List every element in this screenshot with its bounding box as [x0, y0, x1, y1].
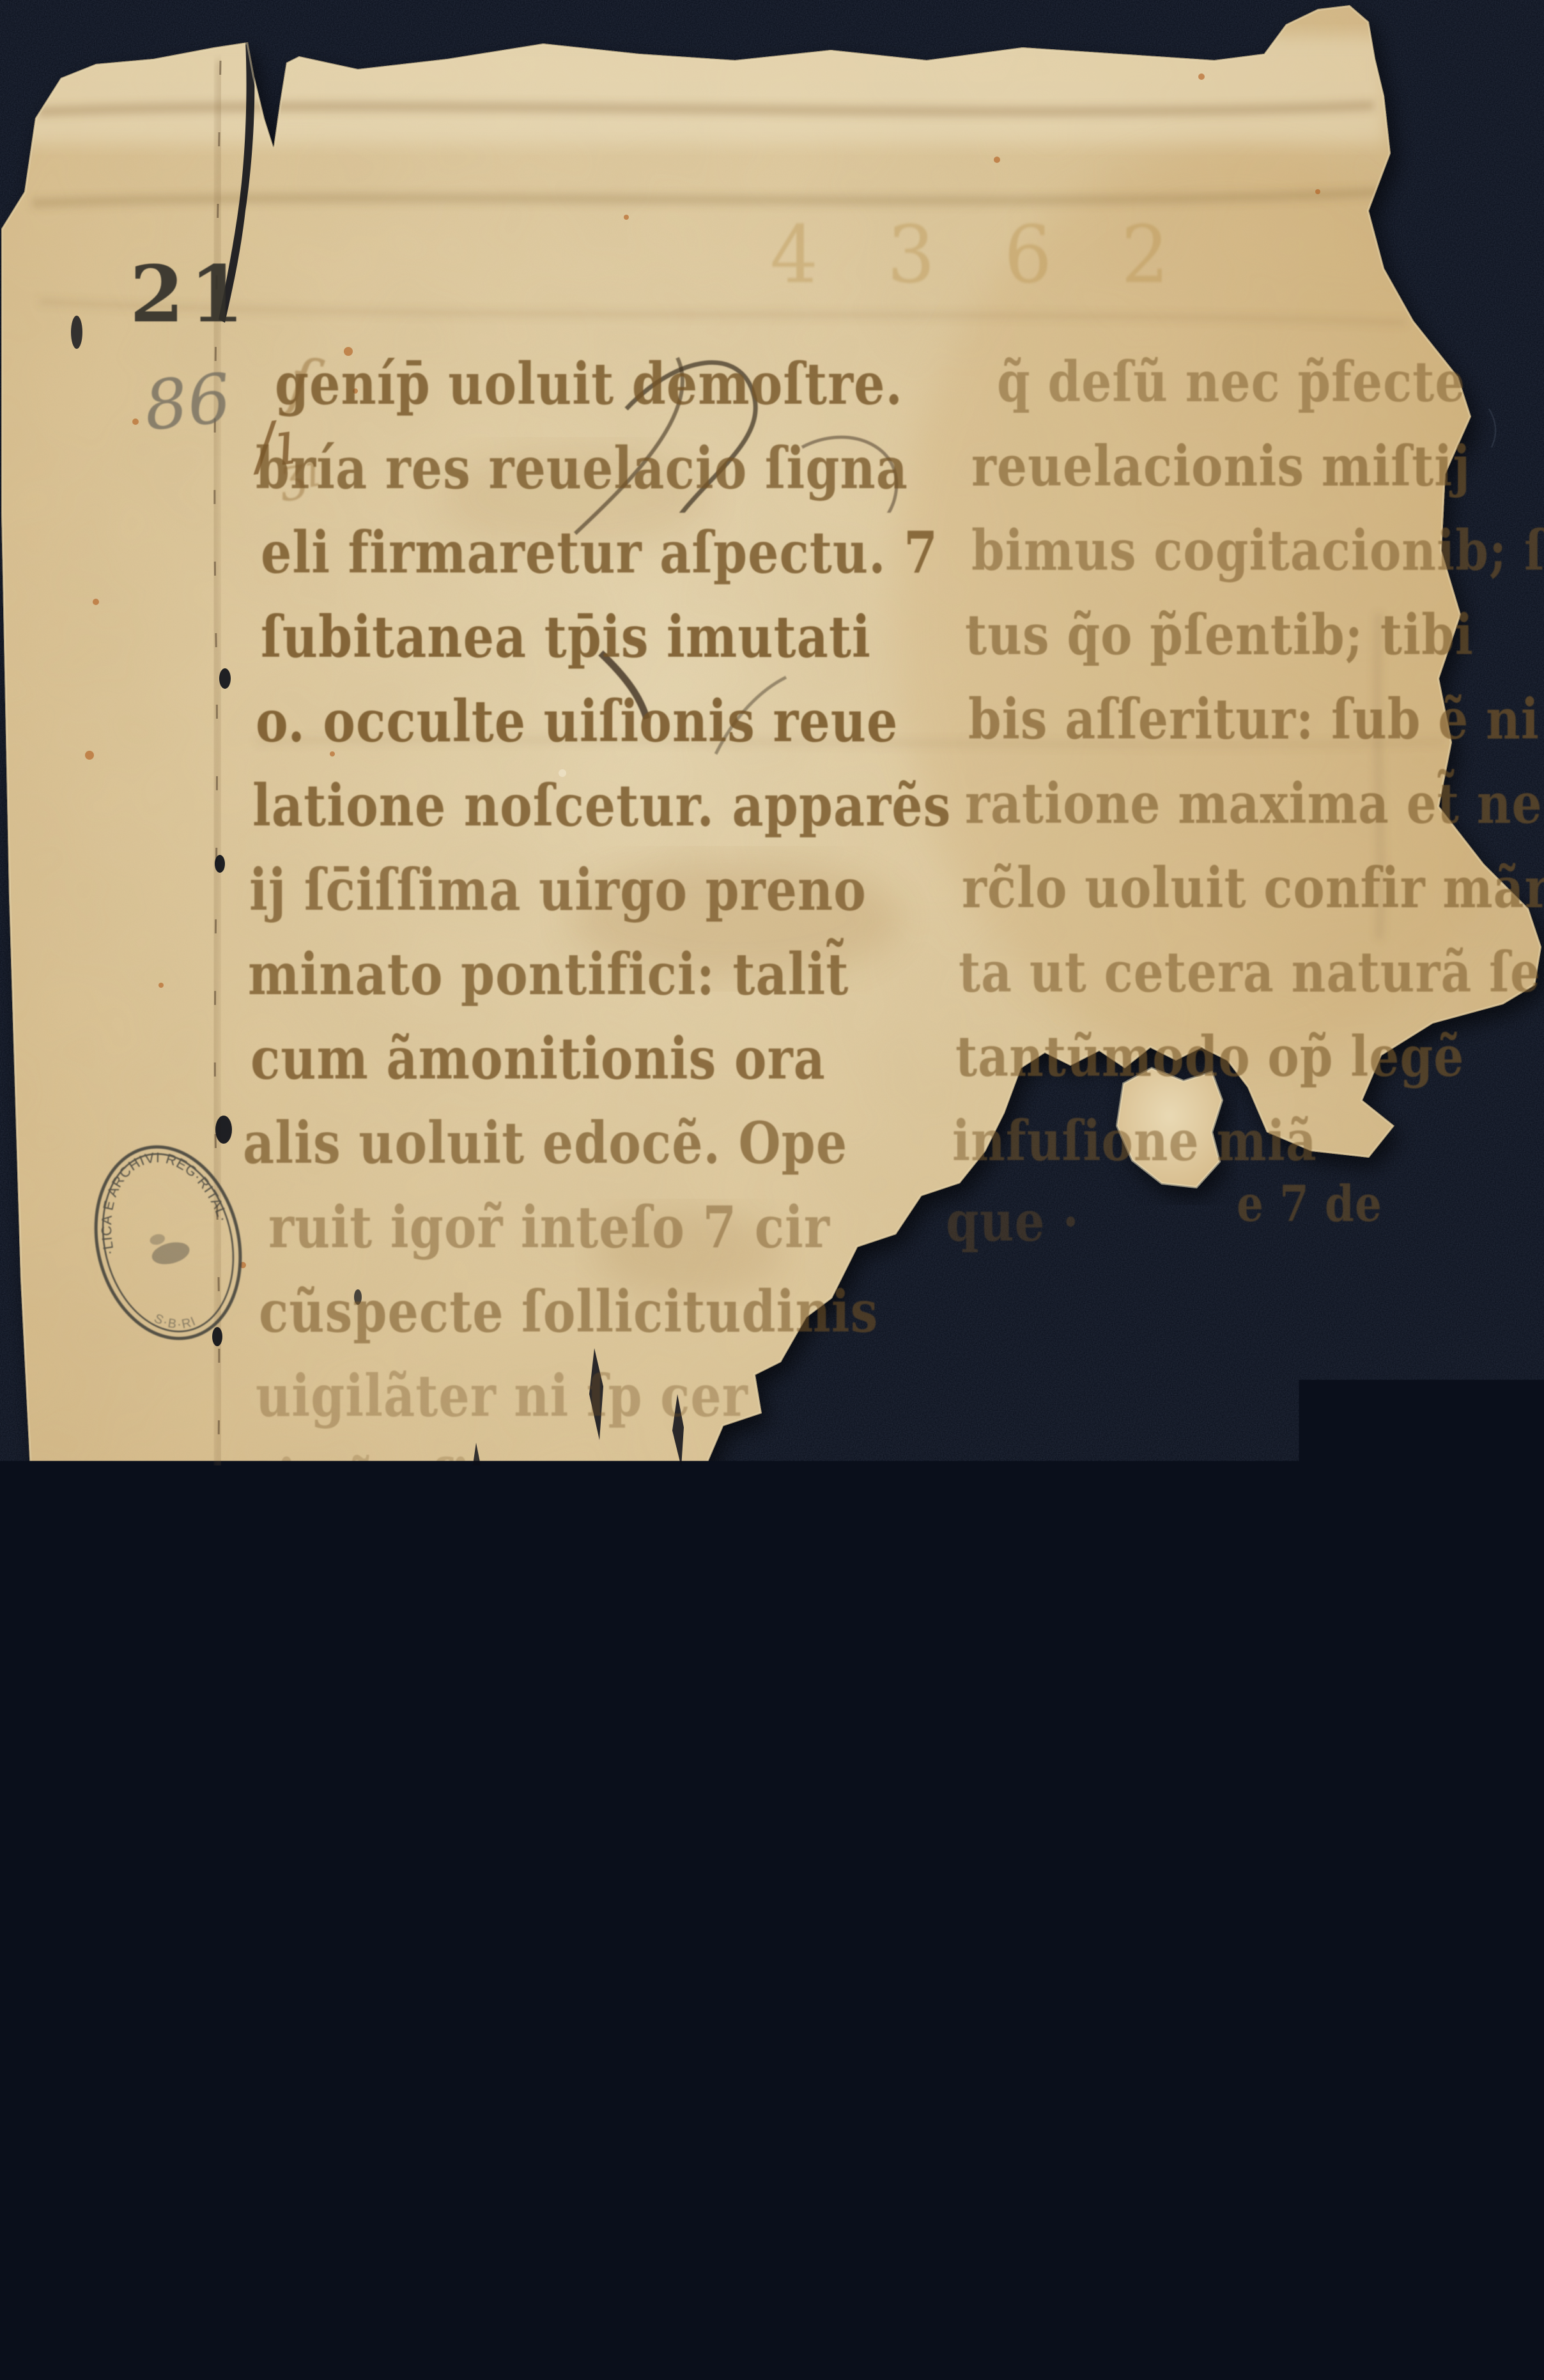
manuscript-line-col2-11: que ·	[946, 1190, 1079, 1254]
pencil-number: 86	[141, 358, 235, 445]
manuscript-line-col1-15: cõmodis · · il.	[249, 1531, 622, 1598]
manuscript-line-col1-13: uigilãter ni ſp cer	[256, 1362, 748, 1429]
manuscript-line-col2-4: tus q̃o p̃ſentib; tibi	[965, 603, 1474, 668]
manuscript-line-col1-23: nc ·	[256, 2206, 357, 2273]
manuscript-line-col1-21: placuit	[281, 2037, 475, 2104]
manuscript-line-col2-10: infuſione miã	[952, 1109, 1317, 1174]
manuscript-line-col1-18: cius cura mei ẽ	[231, 1784, 656, 1851]
manuscript-line-col1-12: cũspecte ſollicitudinis	[259, 1278, 878, 1345]
manuscript-line-col2-3: bimus cogitacionib; ſe	[971, 519, 1544, 583]
manuscript-line-col2-12: e 7 de	[1237, 1174, 1382, 1233]
manuscript-line-col2-6: ratione maxima et̃ ne	[965, 772, 1543, 836]
manuscript-line-col2-9: tantũmodo op̃ legẽ	[955, 1025, 1464, 1089]
manuscript-line-col1-22: deo · cau	[211, 2121, 461, 2188]
manuscript-line-col1-20: ſiat in	[275, 1953, 444, 2020]
manuscript-line-col1-8: minato pontifici: talit̃	[248, 940, 849, 1008]
folio-number-stamp: 21	[130, 248, 250, 340]
manuscript-line-col1-2: bría res reuelacio ſigna	[256, 434, 908, 502]
manuscript-line-col2-5: bis aſſeritur: ſub ẽ ni	[968, 687, 1540, 752]
inscription-layer: 21 86 /ı ſ ʒı 4362 geníp̄ uoluit demoſtr…	[0, 0, 1544, 2380]
manuscript-line-col1-1: geníp̄ uoluit demoſtre.	[275, 350, 903, 417]
faint-folio-inscription: 4362	[770, 208, 1238, 301]
manuscript-line-col1-5: o. occulte uiſionis reue	[256, 687, 898, 755]
manuscript-line-col1-10: alis uoluit edocẽ. Ope	[243, 1109, 847, 1176]
manuscript-line-col1-24: iũ	[300, 2267, 343, 2318]
manuscript-line-col1-19: tionẽ ali	[225, 1868, 456, 1935]
manuscript-line-col2-1: q̃ deſũ nec p̃fecte	[997, 350, 1465, 415]
manuscript-line-col2-2: reuelacionis miſtij	[971, 434, 1471, 499]
manuscript-line-col1-6: latione noſcetur. apparẽs	[252, 772, 951, 839]
photograph: ·LICA E ARCHIVI REG·RITAL· S·B·RI 21 86 …	[0, 0, 1544, 2380]
manuscript-line-col2-7: rc̃lo uoluit confir mãre	[962, 856, 1544, 921]
manuscript-line-col1-9: cum ãmonitionis ora	[251, 1025, 826, 1092]
manuscript-line-col1-17: reddidiſſt̃. ita ut oz	[240, 1700, 770, 1767]
manuscript-line-col1-4: ſubitanea tp̄is imutati	[261, 603, 871, 670]
manuscript-line-col2-8: ta ut cetera naturã ſe	[959, 940, 1541, 1005]
manuscript-line-col1-11: ruit igor̃ inteſo 7 cir	[268, 1194, 830, 1261]
manuscript-line-col1-14: ti cõ · ſi ·	[254, 1447, 506, 1514]
manuscript-line-col1-7: ij ſc̄iſſima uirgo preno	[249, 856, 867, 923]
manuscript-line-col1-3: eli firmaretur aſpectu. 7	[261, 519, 938, 586]
manuscript-line-col1-16: hc̃ ope cõmendacõni	[246, 1615, 814, 1682]
